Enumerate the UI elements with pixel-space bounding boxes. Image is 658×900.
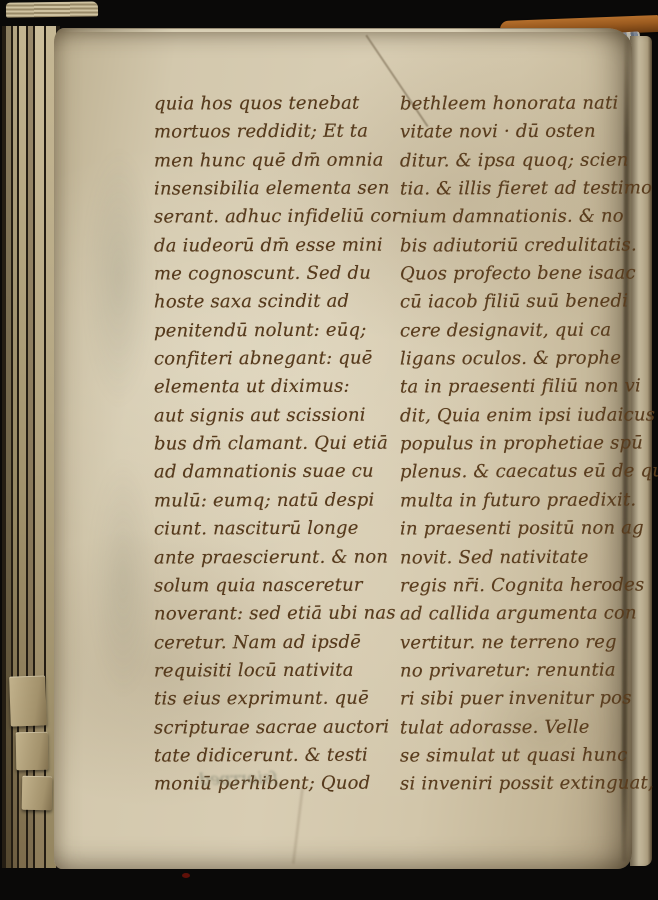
manuscript-line: ditur. & ipsa quoq; scien bbox=[400, 146, 636, 175]
manuscript-line: novit. Sed nativitate bbox=[400, 543, 636, 572]
manuscript-line: tia. & illis fieret ad testimo bbox=[400, 175, 636, 204]
manuscript-line: ta in praesenti filiū non vi bbox=[400, 373, 636, 402]
manuscript-line: vitate novi · dū osten bbox=[400, 118, 636, 147]
parchment-tab bbox=[16, 732, 49, 771]
manuscript-line: aut signis aut scissioni bbox=[154, 401, 400, 430]
manuscript-line: plenus. & caecatus eū de quo bbox=[400, 458, 636, 487]
manuscript-line: vertitur. ne terreno reg bbox=[400, 628, 636, 657]
manuscript-line: nium damnationis. & no bbox=[400, 203, 636, 232]
manuscript-line: ad damnationis suae cu bbox=[154, 458, 400, 487]
manuscript-line: serant. adhuc infideliū cor bbox=[154, 203, 400, 232]
manuscript-line: bus dm̄ clamant. Qui etiā bbox=[154, 430, 400, 459]
manuscript-line: noverant: sed etiā ubi nas bbox=[154, 600, 400, 629]
page-edge-strip bbox=[6, 26, 11, 868]
manuscript-line: cere designavit, qui ca bbox=[400, 316, 636, 345]
manuscript-line: ligans oculos. & prophe bbox=[400, 345, 636, 374]
manuscript-line: mortuos reddidit; Et ta bbox=[154, 118, 400, 147]
manuscript-line: confiteri abnegant: quē bbox=[154, 345, 400, 374]
manuscript-line: multa in futuro praedixit. bbox=[400, 486, 636, 515]
parchment-tab bbox=[9, 675, 47, 726]
show-through-text: ſsiorrped bbox=[138, 768, 278, 792]
manuscript-line: scripturae sacrae auctori bbox=[154, 713, 400, 742]
manuscript-line: se simulat ut quasi hunc bbox=[400, 741, 636, 770]
page-stack-top-edge bbox=[6, 1, 98, 17]
manuscript-line: no privaretur: renuntia bbox=[400, 656, 636, 685]
manuscript-line: men hunc quē dm̄ omnia bbox=[154, 146, 400, 175]
text-block: quia hos quos tenebatmortuos reddidit; E… bbox=[54, 28, 632, 869]
manuscript-line: Quos profecto bene isaac bbox=[400, 260, 636, 289]
manuscript-line: elementa ut diximus: bbox=[154, 373, 400, 402]
manuscript-line: bis adiutoriū credulitatis. bbox=[400, 231, 636, 260]
manuscript-line: si inveniri possit extinguat, bbox=[400, 770, 636, 799]
manuscript-line: ciunt. nasciturū longe bbox=[154, 515, 400, 544]
parchment-tab bbox=[22, 776, 53, 811]
manuscript-photo: quia hos quos tenebatmortuos reddidit; E… bbox=[0, 0, 658, 900]
manuscript-line: penitendū nolunt: eūq; bbox=[154, 316, 400, 345]
manuscript-line: populus in prophetiae spū bbox=[400, 430, 636, 459]
text-column-left: quia hos quos tenebatmortuos reddidit; E… bbox=[154, 90, 400, 799]
manuscript-line: mulū: eumq; natū despi bbox=[154, 486, 400, 515]
manuscript-line: da iudeorū dm̄ esse mini bbox=[154, 231, 400, 260]
manuscript-line: in praesenti positū non ag bbox=[400, 515, 636, 544]
manuscript-line: tulat adorasse. Velle bbox=[400, 713, 636, 742]
manuscript-line: insensibilia elementa sen bbox=[154, 174, 400, 203]
manuscript-line: bethleem honorata nati bbox=[400, 89, 636, 118]
manuscript-line: ante praescierunt. & non bbox=[154, 543, 400, 572]
manuscript-line: ceretur. Nam ad ipsdē bbox=[154, 628, 400, 657]
red-ink-spot bbox=[182, 873, 190, 878]
manuscript-line: regis nr̄i. Cognita herodes bbox=[400, 571, 636, 600]
manuscript-line: requisiti locū nativita bbox=[154, 656, 400, 685]
manuscript-line: me cognoscunt. Sed du bbox=[154, 260, 400, 289]
manuscript-line: quia hos quos tenebat bbox=[154, 89, 400, 118]
manuscript-line: ad callida argumenta con bbox=[400, 600, 636, 629]
text-column-right: bethleem honorata nativitate novi · dū o… bbox=[400, 90, 636, 799]
manuscript-page: quia hos quos tenebatmortuos reddidit; E… bbox=[54, 28, 632, 869]
manuscript-line: tis eius exprimunt. quē bbox=[154, 685, 400, 714]
manuscript-line: hoste saxa scindit ad bbox=[154, 288, 400, 317]
manuscript-line: cū iacob filiū suū benedi bbox=[400, 288, 636, 317]
manuscript-line: dit, Quia enim ipsi iudaicus bbox=[400, 401, 636, 430]
manuscript-line: tate didicerunt. & testi bbox=[154, 741, 400, 770]
manuscript-line: ri sibi puer invenitur pos bbox=[400, 685, 636, 714]
manuscript-line: solum quia nasceretur bbox=[154, 571, 400, 600]
